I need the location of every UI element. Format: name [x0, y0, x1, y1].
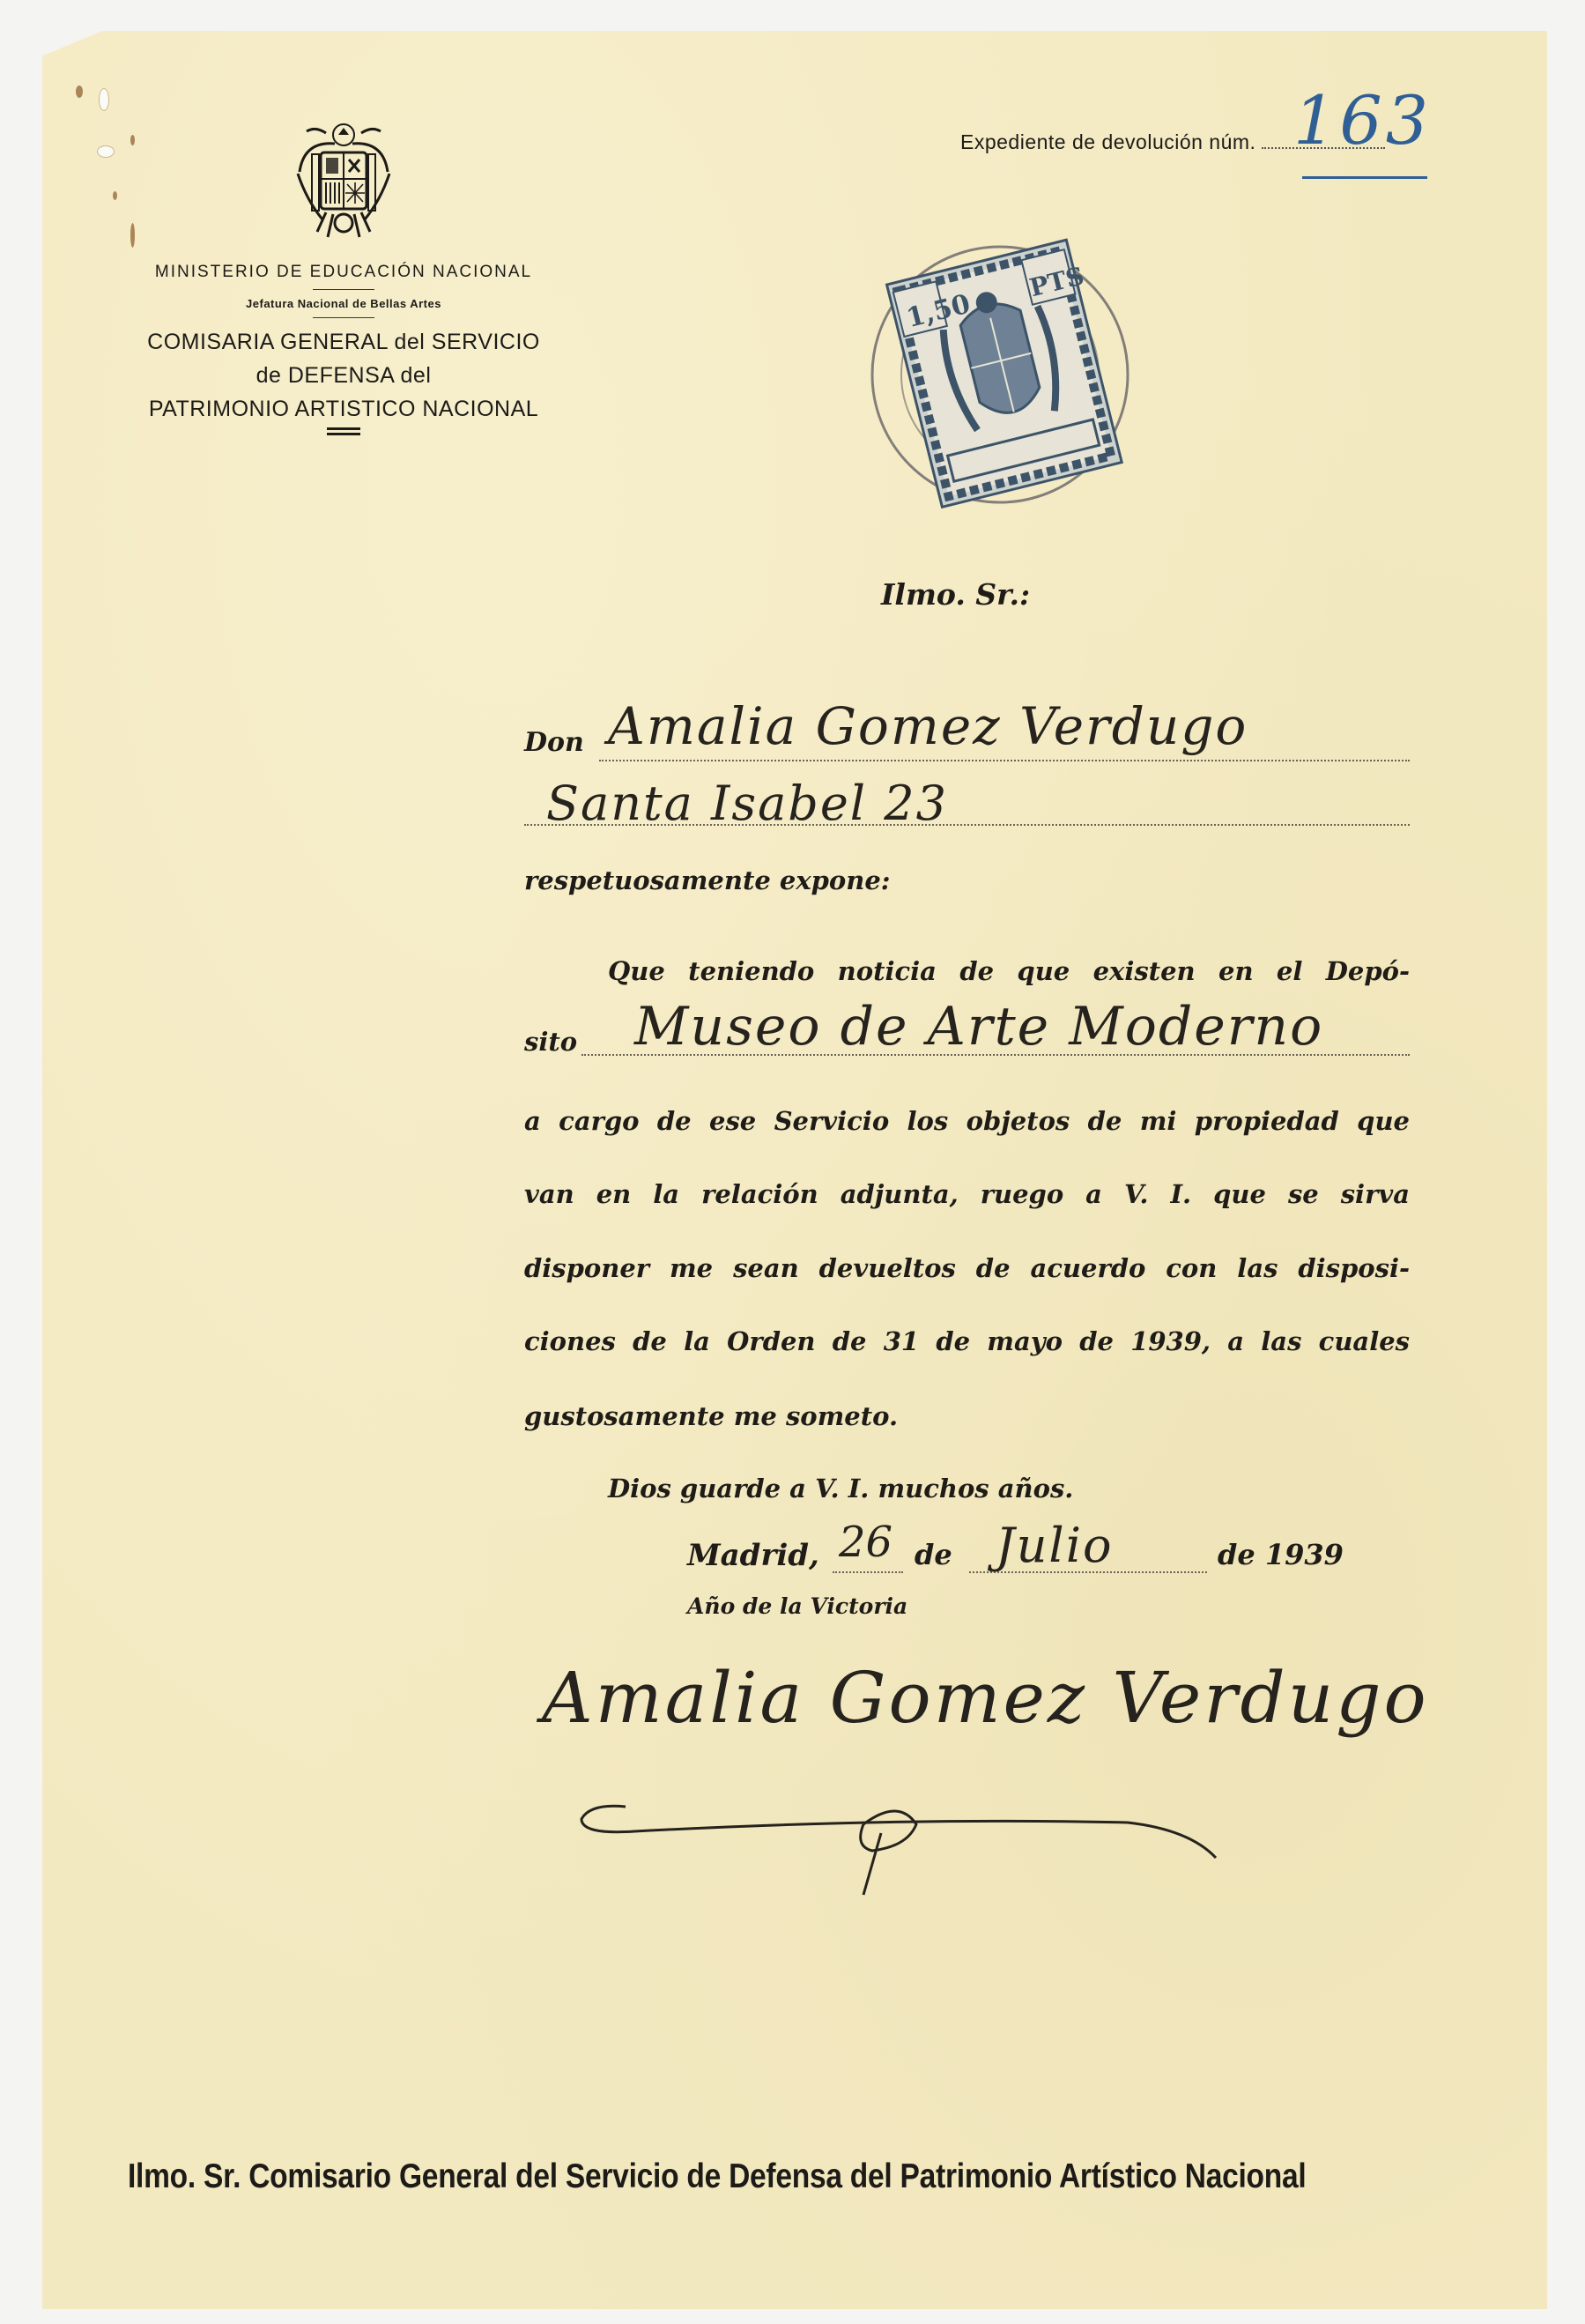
- punch-hole: [99, 88, 109, 111]
- divider: [313, 317, 374, 318]
- postmark-icon: 1,50 PTS: [846, 220, 1154, 529]
- double-rule-ornament: [327, 427, 360, 435]
- deposito-handwritten: Museo de Arte Moderno: [634, 996, 1323, 1058]
- applicant-name-handwritten: Amalia Gomez Verdugo: [608, 696, 1248, 756]
- office-line: de DEFENSA del: [123, 359, 564, 392]
- applicant-address-handwritten: Santa Isabel 23: [546, 776, 948, 831]
- punch-hole: [97, 145, 115, 158]
- applicant-prefix: Don: [524, 727, 584, 758]
- file-reference-label: Expediente de devolución núm.: [960, 130, 1255, 153]
- office-line: PATRIMONIO ARTISTICO NACIONAL: [123, 392, 564, 426]
- body-intro: respetuosamente expone:: [524, 865, 891, 895]
- body-line: Que teniendo noticia de que existen en e…: [608, 956, 1410, 986]
- body-line: van en la relación adjunta, ruego a V. I…: [524, 1179, 1410, 1209]
- body-line: gustosamente me someto.: [524, 1401, 898, 1431]
- body-line: disponer me sean devueltos de acuerdo co…: [524, 1253, 1410, 1283]
- file-number-handwritten: 163: [1293, 81, 1432, 160]
- closing-formula: Dios guarde a V. I. muchos años.: [608, 1474, 1073, 1504]
- date-month-handwritten: Julio: [996, 1518, 1113, 1573]
- rust-spot: [76, 85, 83, 98]
- date-de: de: [915, 1538, 952, 1571]
- body-line: ciones de la Orden de 31 de mayo de 1939…: [524, 1326, 1410, 1356]
- divider: [313, 289, 374, 290]
- date-city: Madrid,: [687, 1538, 819, 1573]
- signature: Amalia Gomez Verdugo: [542, 1657, 1429, 1739]
- date-era: Año de la Victoria: [687, 1593, 907, 1619]
- body-line: a cargo de ese Servicio los objetos de m…: [524, 1106, 1410, 1136]
- deposito-prefix: sito: [524, 1027, 577, 1057]
- applicant-name-field: [599, 760, 1410, 761]
- rust-spot: [113, 191, 117, 200]
- ministry-name: MINISTERIO DE EDUCACIÓN NACIONAL: [123, 263, 564, 282]
- department-name: Jefatura Nacional de Bellas Artes: [123, 297, 564, 310]
- office-line: COMISARIA GENERAL del SERVICIO: [123, 325, 564, 359]
- revenue-stamp: 1,50 PTS: [846, 220, 1154, 529]
- date-year: de 1939: [1218, 1538, 1344, 1571]
- signature-flourish: [573, 1798, 1366, 1904]
- date-day-field: [833, 1571, 903, 1573]
- addressee-footer: Ilmo. Sr. Comisario General del Servicio…: [128, 2157, 1306, 2196]
- spanish-coat-of-arms-icon: [291, 119, 396, 251]
- file-number-underline: [1302, 176, 1427, 179]
- office-name: COMISARIA GENERAL del SERVICIO de DEFENS…: [123, 325, 564, 426]
- letterhead: MINISTERIO DE EDUCACIÓN NACIONAL Jefatur…: [123, 119, 564, 435]
- salutation: Ilmo. Sr.:: [881, 577, 1030, 612]
- date-day-handwritten: 26: [839, 1518, 892, 1567]
